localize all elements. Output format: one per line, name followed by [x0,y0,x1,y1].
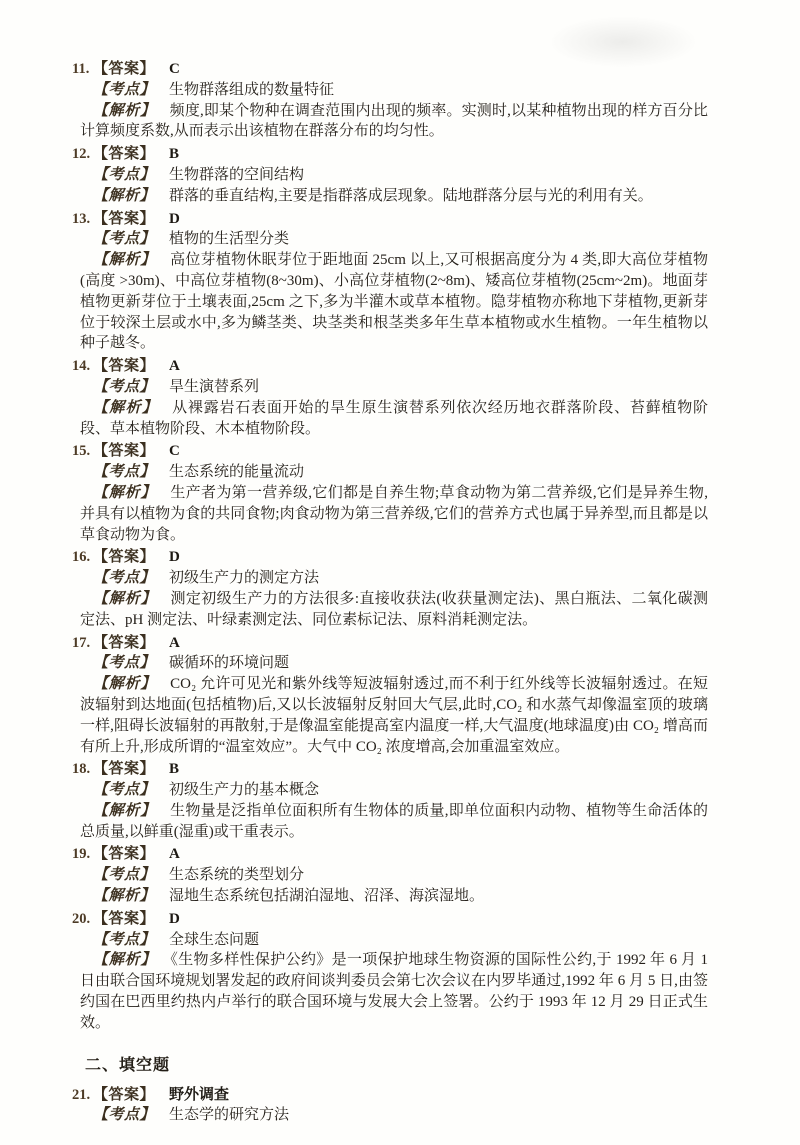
analysis-text: 高位芽植物休眠芽位于距地面 25cm 以上,又可根据高度分为 4 类,即大高位芽… [80,252,708,351]
answer-row: 【答案】B [93,144,708,165]
point-text: 初级生产力的基本概念 [169,782,319,798]
scanned-answer-page: 11. 【答案】C 【考点】生物群落组成的数量特征 【解析】频度,即某个物种在调… [0,0,800,1145]
analysis-label: 【解析】 [93,485,156,501]
answer-row: 【答案】D [93,547,708,568]
point-label: 【考点】 [93,167,155,183]
point-label: 【考点】 [93,867,155,883]
answer-value: D [169,549,180,565]
analysis-text: 从裸露岩石表面开始的旱生原生演替系列依次经历地衣群落阶段、苔藓植物阶段、草本植物… [80,400,708,437]
analysis-row: 【解析】生物量是泛指单位面积所有生物体的质量,即单位面积内动物、植物等生命活体的… [80,801,708,843]
answer-value: 野外调查 [169,1087,229,1103]
answer-item: 13. 【答案】D 【考点】植物的生活型分类 【解析】高位芽植物休眠芽位于距地面… [0,209,760,355]
answer-item: 20. 【答案】D 【考点】全球生态问题 【解析】《生物多样性保护公约》是一项保… [0,909,760,1034]
analysis-text: CO₂ 允许可见光和紫外线等短波辐射透过,而不利于红外线等长波辐射透过。在短波辐… [80,676,708,754]
analysis-row: 【解析】频度,即某个物种在调查范围内出现的频率。实测时,以某种植物出现的样方百分… [80,101,708,143]
answer-row: 【答案】D [93,909,708,930]
point-label: 【考点】 [93,1107,155,1123]
analysis-row: 【解析】湿地生态系统包括湖泊湿地、沼泽、海滨湿地。 [80,886,708,907]
answer-label: 【答案】 [93,61,155,77]
analysis-label: 【解析】 [93,591,156,607]
point-row: 【考点】全球生态问题 [93,930,708,951]
analysis-label: 【解析】 [93,803,156,819]
answer-label: 【答案】 [93,146,155,162]
item-number: 14. [72,356,90,377]
analysis-row: 【解析】从裸露岩石表面开始的旱生原生演替系列依次经历地衣群落阶段、苔藓植物阶段、… [80,398,708,440]
point-row: 【考点】碳循环的环境问题 [93,653,708,674]
answer-item: 15. 【答案】C 【考点】生态系统的能量流动 【解析】生产者为第一营养级,它们… [0,441,760,545]
section-heading: 二、填空题 [85,1052,760,1075]
analysis-row: 【解析】CO₂ 允许可见光和紫外线等短波辐射透过,而不利于红外线等长波辐射透过。… [80,674,708,757]
answer-item: 16. 【答案】D 【考点】初级生产力的测定方法 【解析】测定初级生产力的方法很… [0,547,760,630]
answer-item: 19. 【答案】A 【考点】生态系统的类型划分 【解析】湿地生态系统包括湖泊湿地… [0,844,760,906]
multiple-choice-answers-section: 11. 【答案】C 【考点】生物群落组成的数量特征 【解析】频度,即某个物种在调… [0,59,760,1034]
answer-value: D [169,911,180,927]
point-text: 生态学的研究方法 [169,1107,289,1123]
answer-row: 【答案】A [93,844,708,865]
answer-row: 【答案】C [93,441,708,462]
answer-item: 21. 【答案】野外调查 【考点】生态学的研究方法 [0,1085,760,1127]
point-row: 【考点】生态学的研究方法 [93,1105,708,1126]
analysis-text: 群落的垂直结构,主要是指群落成层现象。陆地群落分层与光的利用有关。 [169,188,653,204]
point-label: 【考点】 [93,782,155,798]
analysis-row: 【解析】生产者为第一营养级,它们都是自养生物;草食动物为第二营养级,它们是异养生… [80,483,708,545]
analysis-text: 生物量是泛指单位面积所有生物体的质量,即单位面积内动物、植物等生命活体的总质量,… [80,803,708,840]
answer-item: 12. 【答案】B 【考点】生物群落的空间结构 【解析】群落的垂直结构,主要是指… [0,144,760,206]
analysis-label: 【解析】 [93,188,155,204]
answer-label: 【答案】 [93,761,155,777]
answer-row: 【答案】B [93,759,708,780]
point-text: 全球生态问题 [169,932,259,948]
analysis-text: 测定初级生产力的方法很多:直接收获法(收获量测定法)、黑白瓶法、二氧化碳测定法、… [80,591,708,628]
item-number: 12. [72,144,90,165]
analysis-row: 【解析】《生物多样性保护公约》是一项保护地球生物资源的国际性公约,于 1992 … [80,950,708,1033]
answer-value: A [169,358,180,374]
item-number: 19. [72,844,90,865]
answer-label: 【答案】 [93,549,155,565]
point-row: 【考点】初级生产力的基本概念 [93,780,708,801]
page-content: 11. 【答案】C 【考点】生物群落组成的数量特征 【解析】频度,即某个物种在调… [0,59,760,1128]
answer-label: 【答案】 [93,443,155,459]
answer-label: 【答案】 [93,911,155,927]
answer-row: 【答案】野外调查 [93,1085,708,1106]
analysis-text: 频度,即某个物种在调查范围内出现的频率。实测时,以某种植物出现的样方百分比计算频… [80,103,708,140]
answer-value: D [169,211,180,227]
point-text: 生态系统的类型划分 [169,867,304,883]
item-number: 20. [72,909,90,930]
point-label: 【考点】 [93,379,155,395]
answer-row: 【答案】A [93,633,708,654]
point-text: 初级生产力的测定方法 [169,570,319,586]
analysis-text: 湿地生态系统包括湖泊湿地、沼泽、海滨湿地。 [169,888,484,904]
item-number: 21. [72,1085,90,1106]
point-text: 植物的生活型分类 [169,231,289,247]
analysis-label: 【解析】 [93,676,156,692]
analysis-row: 【解析】高位芽植物休眠芽位于距地面 25cm 以上,又可根据高度分为 4 类,即… [80,250,708,354]
point-row: 【考点】初级生产力的测定方法 [93,568,708,589]
answer-value: A [169,635,180,651]
point-row: 【考点】旱生演替系列 [93,377,708,398]
analysis-text: 《生物多样性保护公约》是一项保护地球生物资源的国际性公约,于 1992 年 6 … [80,952,708,1030]
item-number: 11. [72,59,89,80]
answer-row: 【答案】C [93,59,708,80]
point-label: 【考点】 [93,655,155,671]
point-text: 生物群落的空间结构 [169,167,304,183]
point-text: 生态系统的能量流动 [169,464,304,480]
analysis-label: 【解析】 [93,252,156,268]
point-label: 【考点】 [93,570,155,586]
point-row: 【考点】植物的生活型分类 [93,229,708,250]
answer-item: 14. 【答案】A 【考点】旱生演替系列 【解析】从裸露岩石表面开始的旱生原生演… [0,356,760,439]
point-row: 【考点】生物群落组成的数量特征 [93,80,708,101]
point-row: 【考点】生物群落的空间结构 [93,165,708,186]
point-row: 【考点】生态系统的能量流动 [93,462,708,483]
item-number: 16. [72,547,90,568]
analysis-label: 【解析】 [93,400,158,416]
answer-value: C [169,61,180,77]
analysis-label: 【解析】 [93,888,155,904]
item-number: 13. [72,209,90,230]
item-number: 18. [72,759,90,780]
answer-row: 【答案】A [93,356,708,377]
analysis-row: 【解析】测定初级生产力的方法很多:直接收获法(收获量测定法)、黑白瓶法、二氧化碳… [80,589,708,631]
item-number: 15. [72,441,90,462]
point-text: 碳循环的环境问题 [169,655,289,671]
point-text: 生物群落组成的数量特征 [169,82,334,98]
analysis-row: 【解析】群落的垂直结构,主要是指群落成层现象。陆地群落分层与光的利用有关。 [80,186,708,207]
point-row: 【考点】生态系统的类型划分 [93,865,708,886]
answer-label: 【答案】 [93,1087,155,1103]
point-text: 旱生演替系列 [169,379,259,395]
point-label: 【考点】 [93,82,155,98]
answer-value: B [169,761,179,777]
answer-value: C [169,443,180,459]
item-number: 17. [72,633,90,654]
analysis-label: 【解析】 [93,103,156,119]
analysis-label: 【解析】 [93,952,156,968]
answer-item: 11. 【答案】C 【考点】生物群落组成的数量特征 【解析】频度,即某个物种在调… [0,59,760,142]
answer-row: 【答案】D [93,209,708,230]
answer-value: A [169,846,180,862]
answer-label: 【答案】 [93,211,155,227]
answer-item: 18. 【答案】B 【考点】初级生产力的基本概念 【解析】生物量是泛指单位面积所… [0,759,760,842]
fill-in-answers-section: 21. 【答案】野外调查 【考点】生态学的研究方法 [0,1085,760,1127]
answer-item: 17. 【答案】A 【考点】碳循环的环境问题 【解析】CO₂ 允许可见光和紫外线… [0,633,760,758]
analysis-text: 生产者为第一营养级,它们都是自养生物;草食动物为第二营养级,它们是异养生物,并具… [80,485,708,543]
point-label: 【考点】 [93,932,155,948]
answer-value: B [169,146,179,162]
point-label: 【考点】 [93,464,155,480]
answer-label: 【答案】 [93,846,155,862]
point-label: 【考点】 [93,231,155,247]
answer-label: 【答案】 [93,635,155,651]
answer-label: 【答案】 [93,358,155,374]
